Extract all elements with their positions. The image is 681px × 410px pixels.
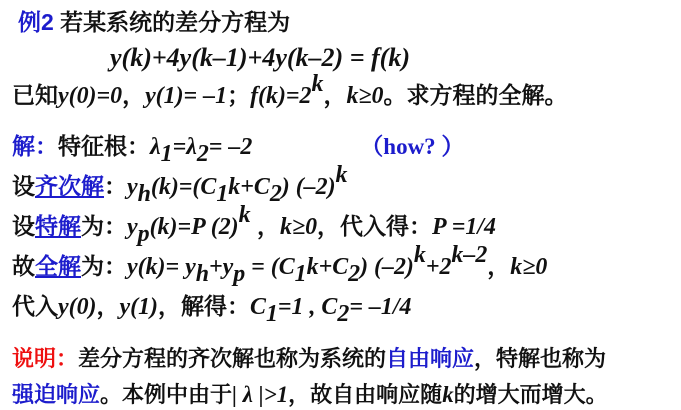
text-segment: 全解 bbox=[35, 253, 81, 279]
text-segment: 例2 bbox=[18, 9, 54, 35]
text-segment: （how? ） bbox=[360, 134, 464, 159]
text-segment: y(k)= y bbox=[127, 254, 196, 280]
text-segment: 为： bbox=[81, 253, 127, 279]
text-line-note-1: 说明：差分方程的齐次解也称为系统的自由响应，特解也称为 bbox=[12, 341, 675, 377]
text-segment: ，故自由响应随 bbox=[288, 382, 442, 407]
text-segment: ， bbox=[122, 82, 145, 108]
text-segment: k≥0 bbox=[280, 214, 317, 240]
text-segment: k–2 bbox=[451, 242, 487, 268]
text-segment: 自由响应 bbox=[386, 346, 474, 371]
text-line-roots: 解：特征根：λ1=λ2= –2（how? ） bbox=[12, 127, 675, 167]
text-line-full-solution: 故全解为：y(k)= yh+yp = (C1k+C2) (–2)k+2k–2，k… bbox=[12, 247, 675, 287]
text-segment: 2 bbox=[337, 301, 349, 327]
text-line-particular: 设特解为：yp(k)=P (2)k ，k≥0，代入得：P =1/4 bbox=[12, 207, 675, 247]
text-segment: 为： bbox=[81, 213, 127, 239]
text-segment: 故 bbox=[12, 253, 35, 279]
lecture-slide: 例2 若某系统的差分方程为y(k)+4y(k–1)+4y(k–2) = f(k)… bbox=[0, 0, 681, 410]
text-segment: 齐次解 bbox=[35, 173, 104, 199]
text-segment: y bbox=[127, 174, 138, 200]
text-segment: k bbox=[336, 162, 348, 188]
text-segment: y(0)=0 bbox=[58, 83, 122, 109]
text-segment: ， bbox=[487, 253, 510, 279]
text-segment: k+C bbox=[228, 174, 270, 200]
text-segment: y(1)= –1 bbox=[145, 83, 227, 109]
text-segment: ， bbox=[323, 82, 346, 108]
text-segment: ，代入得： bbox=[317, 213, 432, 239]
text-segment: +y bbox=[209, 254, 233, 280]
text-segment: | λ |>1 bbox=[232, 382, 288, 407]
text-segment: ，特解也称为 bbox=[474, 346, 606, 371]
text-segment: (k)=(C bbox=[151, 174, 216, 200]
text-segment: k≥0 bbox=[510, 254, 547, 280]
text-segment: h bbox=[196, 261, 209, 287]
text-line-homogeneous: 设齐次解：yh(k)=(C1k+C2) (–2)k bbox=[12, 167, 675, 207]
text-segment: 。本例中由于 bbox=[100, 382, 232, 407]
text-segment: y(0) bbox=[58, 294, 97, 320]
text-segment: 1 bbox=[295, 261, 307, 287]
text-segment: 2 bbox=[348, 261, 360, 287]
text-segment: 若某系统的差分方程为 bbox=[54, 9, 290, 35]
text-segment: p bbox=[138, 221, 150, 247]
text-segment: k bbox=[442, 382, 453, 407]
slide-content: 例2 若某系统的差分方程为y(k)+4y(k–1)+4y(k–2) = f(k)… bbox=[12, 6, 675, 410]
text-segment: = (C bbox=[245, 254, 294, 280]
text-segment: h bbox=[138, 181, 151, 207]
text-segment: 1 bbox=[216, 181, 228, 207]
text-segment: k bbox=[311, 71, 323, 97]
text-segment: 设 bbox=[12, 173, 35, 199]
text-segment: (k)=P (2) bbox=[150, 214, 239, 240]
text-segment: C bbox=[250, 294, 266, 320]
text-line-note-2: 强迫响应。本例中由于| λ |>1，故自由响应随k的增大而增大。 bbox=[12, 377, 675, 410]
text-segment: 1 bbox=[266, 301, 278, 327]
text-segment: 特征根： bbox=[58, 133, 150, 159]
text-segment: 2 bbox=[197, 141, 209, 167]
text-segment: 。求方程的全解。 bbox=[383, 82, 567, 108]
text-line-equation: y(k)+4y(k–1)+4y(k–2) = f(k) bbox=[110, 39, 675, 77]
text-line-given: 已知y(0)=0，y(1)= –1；f(k)=2k，k≥0。求方程的全解。 bbox=[12, 77, 675, 115]
text-segment: λ bbox=[150, 134, 161, 160]
text-segment: = –2 bbox=[209, 134, 253, 160]
text-segment: k bbox=[239, 202, 251, 228]
text-line-title: 例2 若某系统的差分方程为 bbox=[12, 6, 675, 39]
text-segment: k≥0 bbox=[346, 83, 383, 109]
text-segment: 设 bbox=[12, 213, 35, 239]
text-segment: y(k)+4y(k–1)+4y(k–2) = f(k) bbox=[110, 43, 410, 72]
text-segment: y(1) bbox=[120, 294, 159, 320]
text-segment: +2 bbox=[426, 254, 452, 280]
text-segment: 2 bbox=[270, 181, 282, 207]
text-segment: 已知 bbox=[12, 82, 58, 108]
text-segment: k+C bbox=[307, 254, 349, 280]
text-segment: = –1/4 bbox=[349, 294, 411, 320]
text-segment: 说明： bbox=[12, 346, 78, 371]
text-segment: ， bbox=[97, 293, 120, 319]
text-segment: 代入 bbox=[12, 293, 58, 319]
text-segment: y bbox=[127, 214, 138, 240]
text-segment: k bbox=[414, 242, 426, 268]
text-segment: 特解 bbox=[35, 213, 81, 239]
text-segment: ，解得： bbox=[158, 293, 250, 319]
text-line-constants: 代入y(0)，y(1)，解得：C1=1 , C2= –1/4 bbox=[12, 287, 675, 327]
text-segment: 1 bbox=[161, 141, 173, 167]
text-segment: =λ bbox=[173, 134, 197, 160]
text-segment: 差分方程的齐次解也称为系统的 bbox=[78, 346, 386, 371]
text-segment: ， bbox=[251, 213, 280, 239]
text-segment: =1 , C bbox=[278, 294, 337, 320]
text-segment: ： bbox=[104, 173, 127, 199]
text-segment: P =1/4 bbox=[432, 214, 496, 240]
text-segment: 的增大而增大。 bbox=[454, 382, 608, 407]
text-segment: p bbox=[233, 261, 245, 287]
text-segment: f(k)=2 bbox=[250, 83, 311, 109]
text-segment: ； bbox=[227, 82, 250, 108]
text-segment: ) (–2) bbox=[282, 174, 336, 200]
text-segment: ) (–2) bbox=[360, 254, 414, 280]
text-segment: 强迫响应 bbox=[12, 382, 100, 407]
text-segment: 解： bbox=[12, 133, 58, 159]
